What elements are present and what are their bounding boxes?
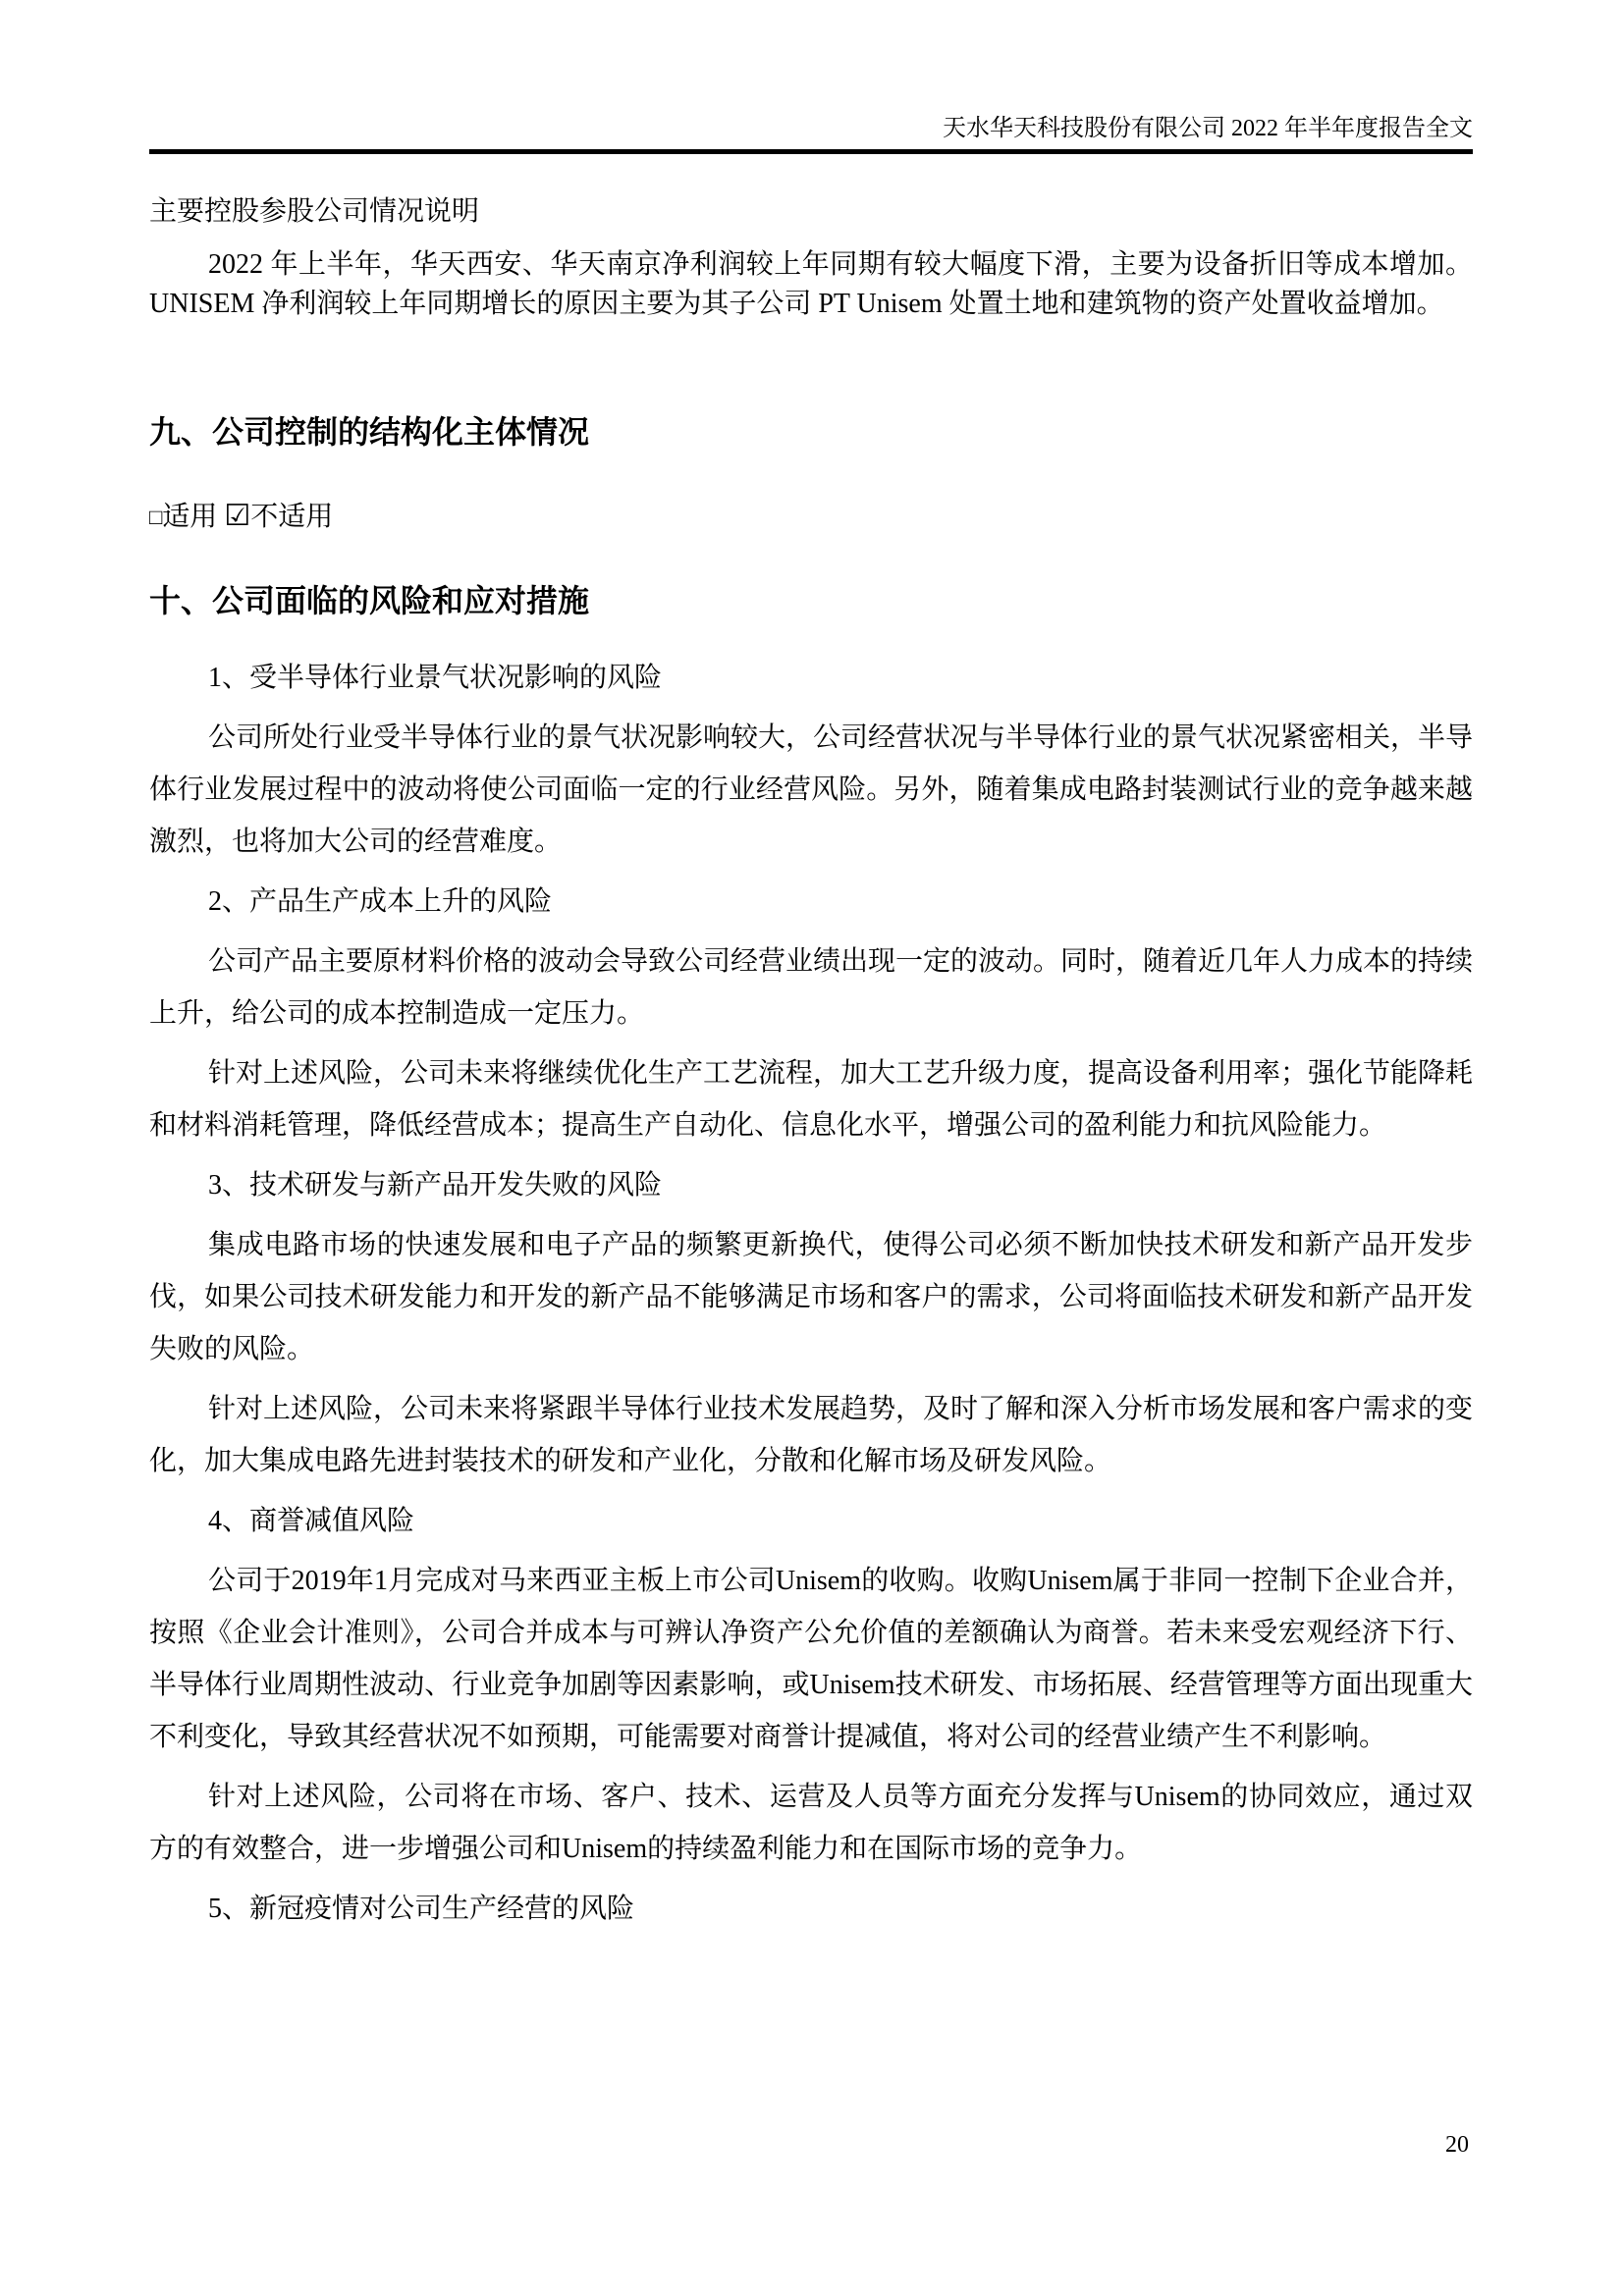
section-nine-heading: 九、公司控制的结构化主体情况 [149, 410, 1473, 454]
holdings-note-paragraph: 2022 年上半年，华天西安、华天南京净利润较上年同期有较大幅度下滑，主要为设备… [149, 245, 1473, 324]
page-number: 20 [1445, 2130, 1469, 2160]
risk-item-title: 1、受半导体行业景气状况影响的风险 [149, 652, 1473, 704]
risk-item-title: 4、商誉减值风险 [149, 1495, 1473, 1547]
checkbox-unchecked-icon: □ [149, 505, 162, 529]
holdings-note-label: 主要控股参股公司情况说明 [149, 194, 1473, 230]
risk-item-title: 5、新冠疫情对公司生产经营的风险 [149, 1883, 1473, 1935]
report-running-header: 天水华天科技股份有限公司 2022 年半年度报告全文 [149, 114, 1473, 143]
risk-item-title: 2、产品生产成本上升的风险 [149, 876, 1473, 928]
risk-section-body: 1、受半导体行业景气状况影响的风险公司所处行业受半导体行业的景气状况影响较大，公… [149, 652, 1473, 1935]
risk-item-title: 3、技术研发与新产品开发失败的风险 [149, 1159, 1473, 1211]
risk-paragraph: 公司所处行业受半导体行业的景气状况影响较大，公司经营状况与半导体行业的景气状况紧… [149, 712, 1473, 868]
risk-paragraph: 公司产品主要原材料价格的波动会导致公司经营业绩出现一定的波动。同时，随着近几年人… [149, 935, 1473, 1040]
risk-paragraph: 集成电路市场的快速发展和电子产品的频繁更新换代，使得公司必须不断加快技术研发和新… [149, 1219, 1473, 1375]
applicability-row: □适用 ☑不适用 [149, 497, 1473, 537]
header-divider [149, 149, 1473, 154]
section-ten-heading: 十、公司面临的风险和应对措施 [149, 579, 1473, 622]
risk-paragraph: 针对上述风险，公司将在市场、客户、技术、运营及人员等方面充分发挥与Unisem的… [149, 1771, 1473, 1875]
applicable-label: 适用 [162, 502, 217, 532]
not-applicable-label: 不适用 [250, 502, 333, 532]
risk-paragraph: 针对上述风险，公司未来将继续优化生产工艺流程，加大工艺升级力度，提高设备利用率；… [149, 1047, 1473, 1151]
document-page: 天水华天科技股份有限公司 2022 年半年度报告全文 主要控股参股公司情况说明 … [0, 0, 1624, 2296]
risk-paragraph: 公司于2019年1月完成对马来西亚主板上市公司Unisem的收购。收购Unise… [149, 1555, 1473, 1763]
risk-paragraph: 针对上述风险，公司未来将紧跟半导体行业技术发展趋势，及时了解和深入分析市场发展和… [149, 1383, 1473, 1487]
checkbox-checked-icon: ☑ [224, 500, 250, 532]
